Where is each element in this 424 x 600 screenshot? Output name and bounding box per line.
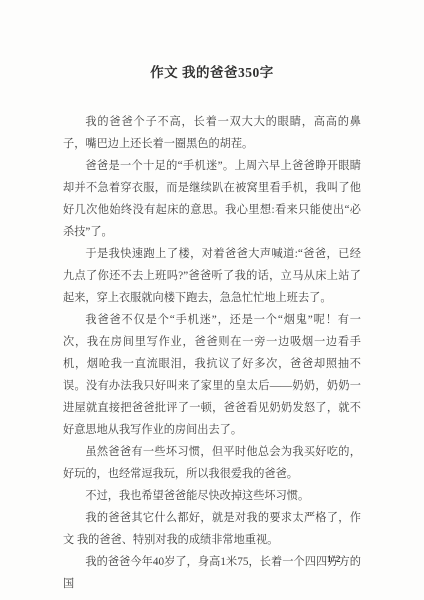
essay-paragraph: 虽然爸爸有一些坏习惯，但平时他总会为我买好吃的，好玩的，也经常逗我玩，所以我很爱… [63,441,361,485]
page-number: 1/2 [327,554,342,564]
essay-paragraph: 爸爸是一个十足的“手机迷”。上周六早上爸爸睁开眼睛却并不急着穿衣服，而是继续趴在… [63,155,361,243]
essay-paragraph: 不过，我也希望爸爸能尽快改掉这些坏习惯。 [63,485,361,507]
page-title: 作文 我的爸爸350字 [0,61,424,81]
essay-paragraph: 我的爸爸个子不高，长着一双大大的眼睛，高高的鼻子，嘴巴边上还长着一圈黑色的胡茬。 [63,111,361,155]
essay-paragraph: 于是我快速跑上了楼，对着爸爸大声喊道:“爸爸，已经九点了你还不去上班吗?”爸爸听… [63,243,361,309]
essay-paragraph: 我的爸爸今年40岁了，身高1米75，长着一个四四方方的国 [63,551,361,595]
essay-body: 我的爸爸个子不高，长着一双大大的眼睛，高高的鼻子，嘴巴边上还长着一圈黑色的胡茬。… [63,111,361,595]
essay-paragraph: 我的爸爸其它什么都好，就是对我的要求太严格了，作文 我的爸爸、特别对我的成绩非常… [63,507,361,551]
document-page: 作文 我的爸爸350字 我的爸爸个子不高，长着一双大大的眼睛，高高的鼻子，嘴巴边… [0,0,424,600]
essay-paragraph: 我爸爸不仅是个“手机迷”，还是一个“烟鬼”呢！有一次，我在房间里写作业，爸爸则在… [63,309,361,441]
